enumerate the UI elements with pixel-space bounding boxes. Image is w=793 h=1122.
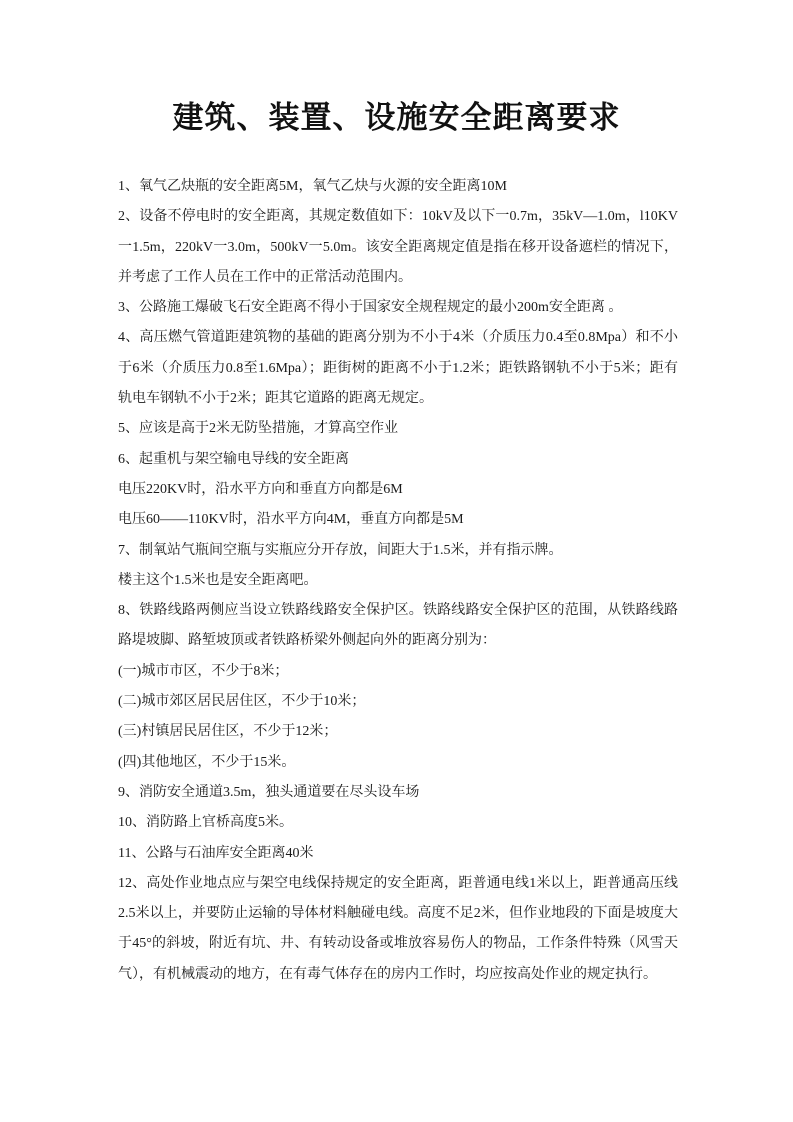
paragraph-item-4: 4、高压燃气管道距建筑物的基础的距离分别为不小于4米（介质压力0.4至0.8Mp…: [118, 323, 678, 414]
paragraph-item-9: 9、消防安全通道3.5m，独头通道要在尽头设车场: [118, 778, 678, 808]
paragraph-subitem-4: (四)其他地区，不少于15米。: [118, 748, 678, 778]
paragraph-item-3: 3、公路施工爆破飞石安全距离不得小于国家安全规程规定的最小200m安全距离 。: [118, 293, 678, 323]
paragraph-comment: 楼主这个1.5米也是安全距离吧。: [118, 566, 678, 596]
paragraph-item-10: 10、消防路上官桥高度5米。: [118, 808, 678, 838]
paragraph-item-1: 1、氧气乙炔瓶的安全距离5M，氧气乙炔与火源的安全距离10M: [118, 172, 678, 202]
paragraph-item-6: 6、起重机与架空输电导线的安全距离: [118, 445, 678, 475]
paragraph-item-11: 11、公路与石油库安全距离40米: [118, 839, 678, 869]
document-body: 1、氧气乙炔瓶的安全距离5M，氧气乙炔与火源的安全距离10M 2、设备不停电时的…: [118, 172, 678, 990]
paragraph-subitem-3: (三)村镇居民居住区，不少于12米；: [118, 717, 678, 747]
paragraph-item-2: 2、设备不停电时的安全距离，其规定数值如下：10kV及以下一0.7m，35kV—…: [118, 202, 678, 293]
paragraph-item-5: 5、应该是高于2米无防坠措施，才算高空作业: [118, 414, 678, 444]
paragraph-voltage-220kv: 电压220KV时，沿水平方向和垂直方向都是6M: [118, 475, 678, 505]
document-page: 建筑、装置、设施安全距离要求 1、氧气乙炔瓶的安全距离5M，氧气乙炔与火源的安全…: [0, 0, 793, 1122]
paragraph-item-7: 7、制氧站气瓶间空瓶与实瓶应分开存放，间距大于1.5米，并有指示牌。: [118, 536, 678, 566]
document-title: 建筑、装置、设施安全距离要求: [0, 98, 793, 138]
paragraph-item-12: 12、高处作业地点应与架空电线保持规定的安全距离，距普通电线1米以上，距普通高压…: [118, 869, 678, 990]
paragraph-subitem-1: (一)城市市区，不少于8米；: [118, 657, 678, 687]
paragraph-subitem-2: (二)城市郊区居民居住区，不少于10米；: [118, 687, 678, 717]
paragraph-item-8: 8、铁路线路两侧应当设立铁路线路安全保护区。铁路线路安全保护区的范围，从铁路线路…: [118, 596, 678, 657]
paragraph-voltage-60-110kv: 电压60——110KV时，沿水平方向4M，垂直方向都是5M: [118, 505, 678, 535]
